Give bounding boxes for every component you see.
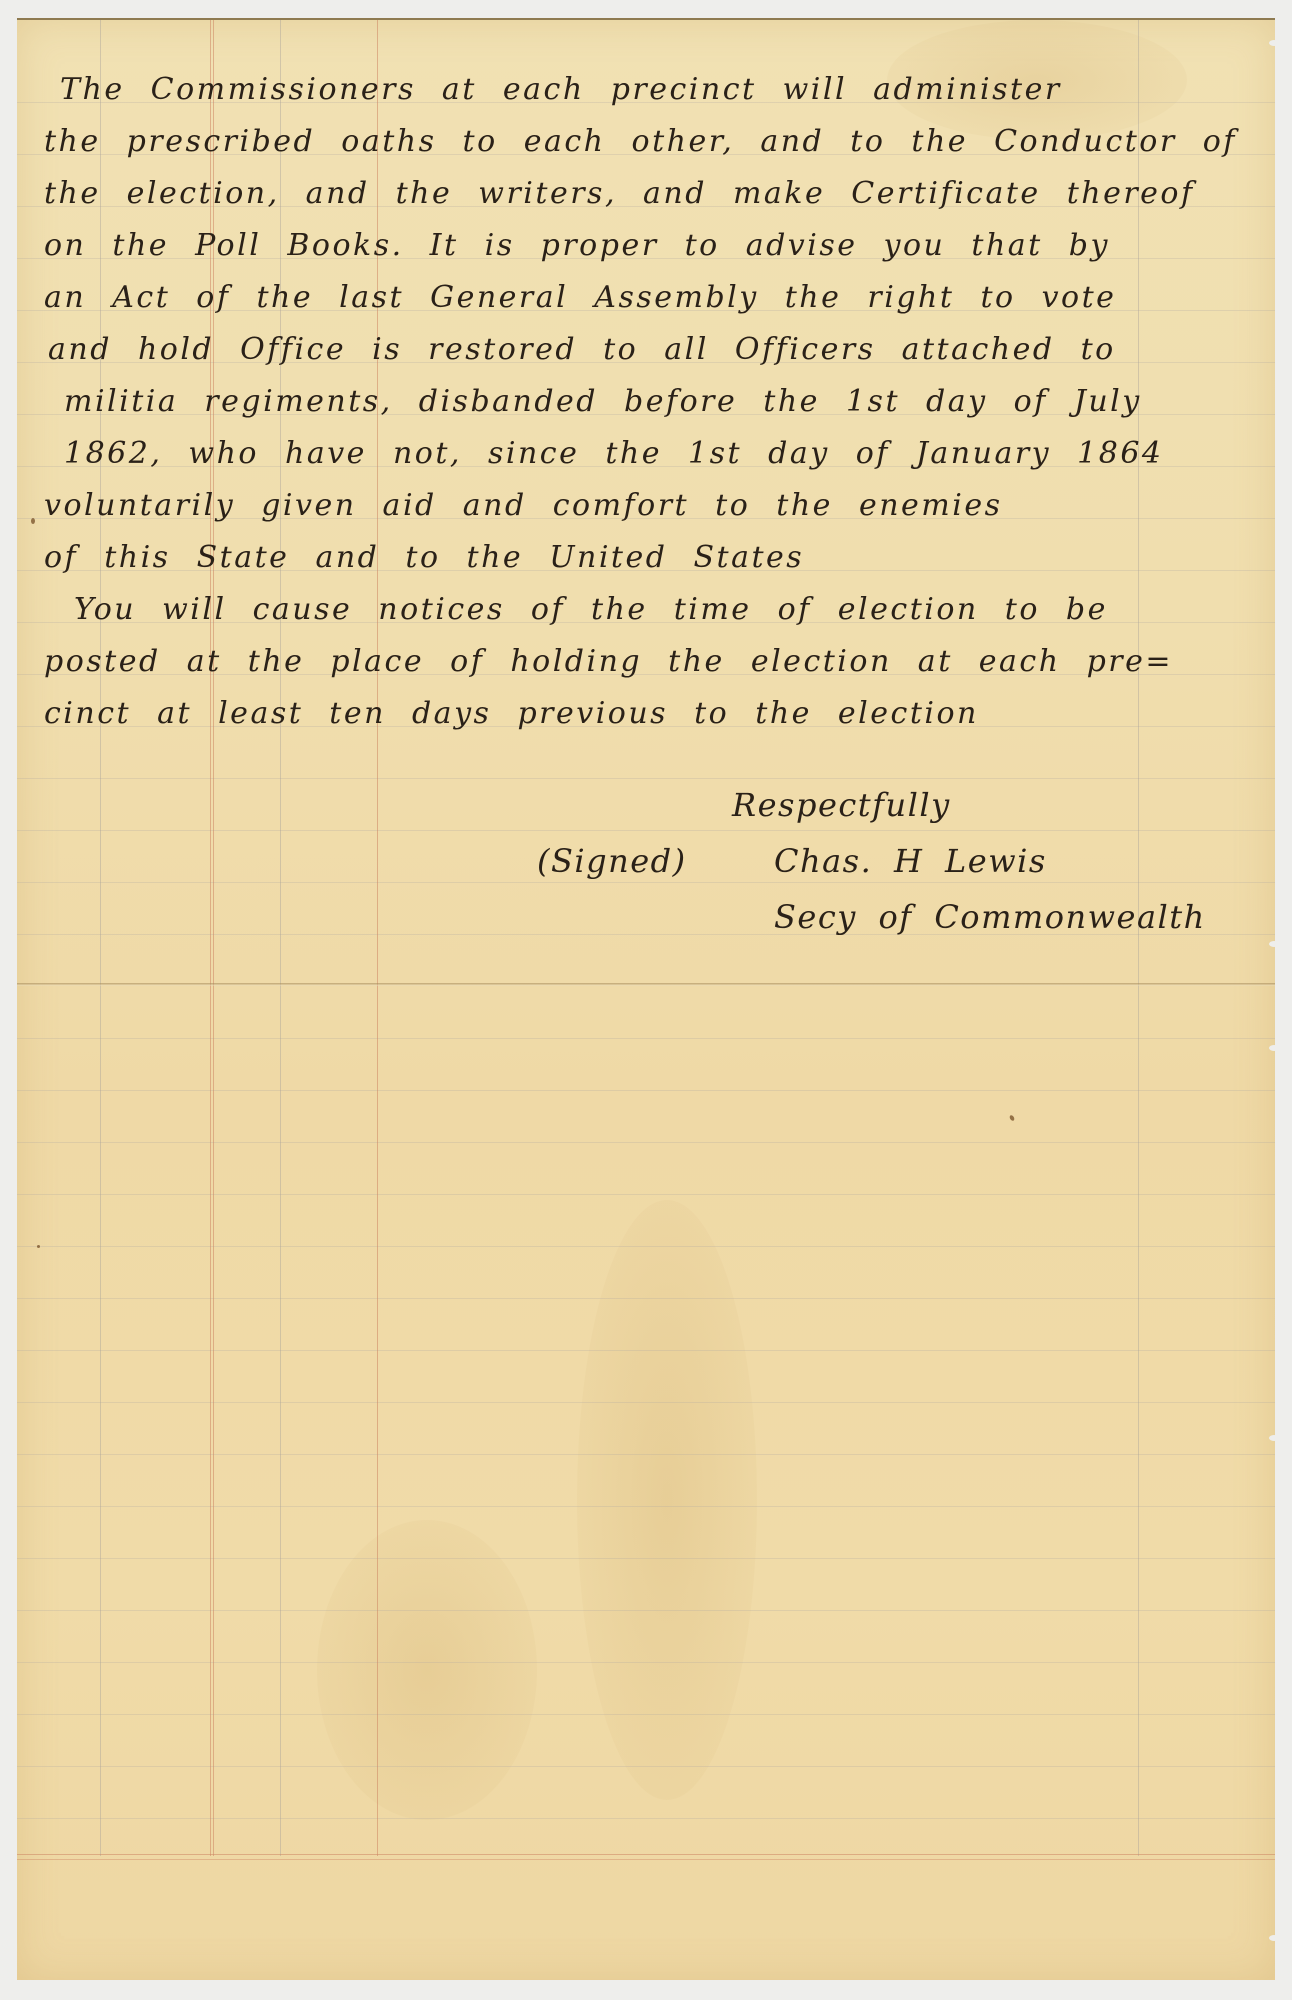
letter-line-5: an Act of the last General Assembly the …: [44, 280, 1116, 315]
ruled-line: [17, 1662, 1275, 1663]
letter-line-4: on the Poll Books. It is proper to advis…: [44, 228, 1110, 263]
paper-stain: [317, 1520, 537, 1820]
ruled-line: [17, 1246, 1275, 1247]
signed-label: (Signed): [537, 842, 687, 880]
ledger-column-rule: [1138, 20, 1139, 1856]
ruled-line: [17, 1558, 1275, 1559]
edge-tear: [1269, 1935, 1279, 1941]
edge-tear: [1269, 1045, 1279, 1051]
letter-line-8: 1862, who have not, since the 1st day of…: [64, 436, 1164, 471]
ruled-line: [17, 1402, 1275, 1403]
signer-title: Secy of Commonwealth: [774, 898, 1206, 936]
letter-line-7: militia regiments, disbanded before the …: [64, 384, 1142, 419]
ink-speck: [31, 518, 35, 524]
ruled-line: [17, 1714, 1275, 1715]
letter-line-12: posted at the place of holding the elect…: [44, 644, 1173, 679]
ink-speck: [37, 1245, 40, 1248]
valediction: Respectfully: [732, 786, 951, 824]
paper-fold-crease: [17, 983, 1275, 986]
ink-speck: [1009, 1114, 1015, 1121]
letter-line-9: voluntarily given aid and comfort to the…: [44, 488, 1002, 523]
edge-tear: [1269, 1435, 1279, 1441]
ruled-line: [17, 1506, 1275, 1507]
ruled-line: [17, 1298, 1275, 1299]
ruled-line: [17, 1818, 1275, 1819]
letter-line-11: You will cause notices of the time of el…: [74, 592, 1108, 627]
ruled-line: [17, 882, 1275, 883]
edge-tear: [1269, 40, 1279, 46]
ruled-line: [17, 1766, 1275, 1767]
ruled-line: [17, 1610, 1275, 1611]
letter-line-10: of this State and to the United States: [44, 540, 804, 575]
ruled-line: [17, 1350, 1275, 1351]
ruled-line: [17, 1090, 1275, 1091]
paper-stain: [577, 1200, 757, 1800]
ruled-line: [17, 1038, 1275, 1039]
ruled-line: [17, 778, 1275, 779]
ruled-line: [17, 1454, 1275, 1455]
ruled-line: [17, 1194, 1275, 1195]
ledger-bottom-rule: [17, 1854, 1275, 1860]
ruled-line: [17, 1142, 1275, 1143]
letter-line-3: the election, and the writers, and make …: [44, 176, 1195, 211]
letter-line-1: The Commissioners at each precinct will …: [60, 72, 1062, 107]
edge-tear: [1269, 941, 1279, 947]
letter-line-6: and hold Office is restored to all Offic…: [48, 332, 1116, 367]
signer-name: Chas. H Lewis: [774, 842, 1047, 880]
letter-line-2: the prescribed oaths to each other, and …: [44, 124, 1237, 159]
letter-page: The Commissioners at each precinct will …: [17, 18, 1275, 1980]
ruled-line: [17, 830, 1275, 831]
letter-line-13: cinct at least ten days previous to the …: [44, 696, 979, 731]
